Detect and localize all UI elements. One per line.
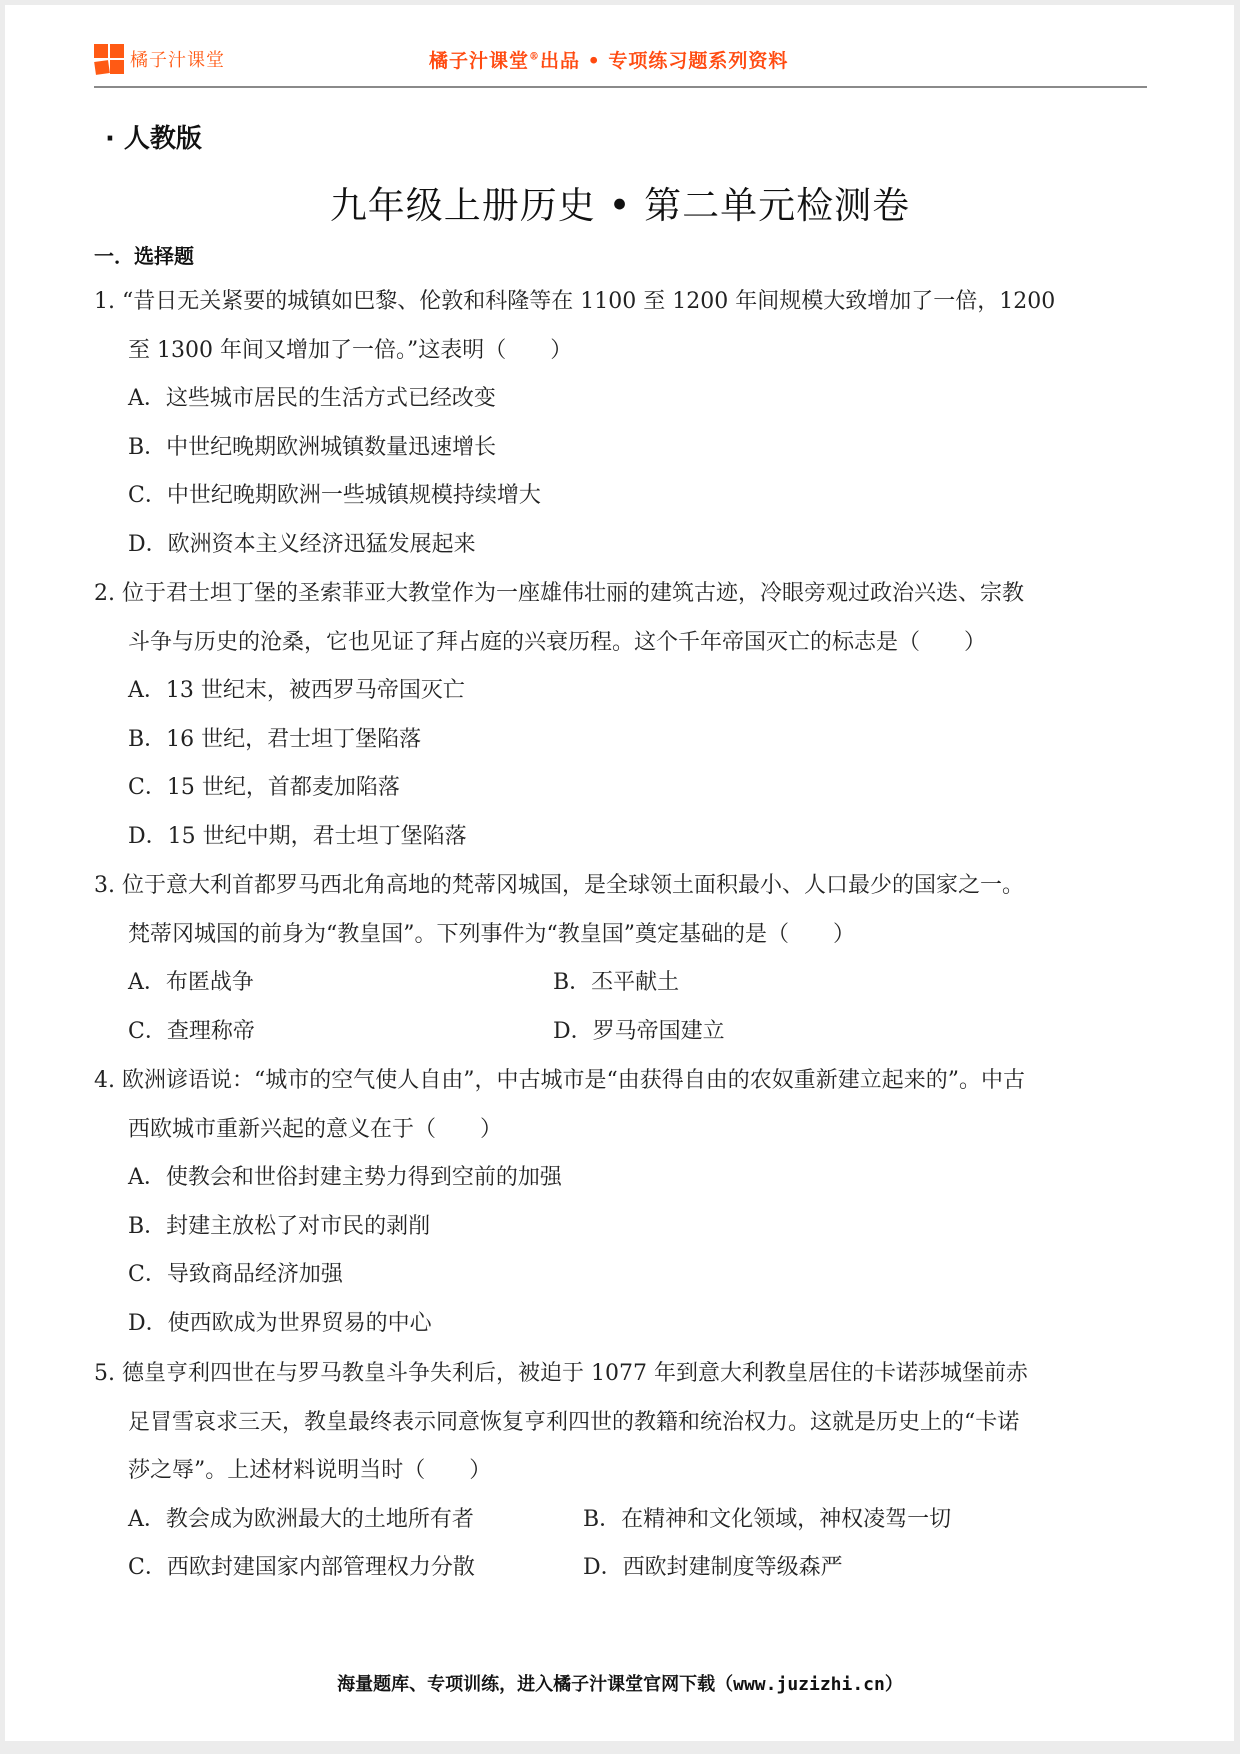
question-4: 4. 欧洲谚语说：“城市的空气使人自由”，中古城市是“由获得自由的农奴重新建立起… (94, 1057, 1154, 1349)
question-stem-continued: 西欧城市重新兴起的意义在于（ ） (94, 1106, 1154, 1155)
question-stem: 2. 位于君士坦丁堡的圣索菲亚大教堂作为一座雄伟壮丽的建筑古迹，冷眼旁观过政治兴… (94, 570, 1154, 619)
option-a[interactable]: A．使教会和世俗封建主势力得到空前的加强 (94, 1154, 1154, 1203)
question-stem-continued: 足冒雪哀求三天，教皇最终表示同意恢复亨利四世的教籍和统治权力。这就是历史上的“卡… (94, 1399, 1154, 1448)
option-a[interactable]: A．布匿战争 (128, 959, 553, 1008)
question-stem: 4. 欧洲谚语说：“城市的空气使人自由”，中古城市是“由获得自由的农奴重新建立起… (94, 1057, 1154, 1106)
options-row-1: A．教会成为欧洲最大的土地所有者 B．在精神和文化领域，神权凌驾一切 (94, 1496, 1154, 1545)
edition-label: · 人教版 (105, 118, 202, 155)
brand-name: 橘子汁课堂 (130, 46, 225, 72)
option-d[interactable]: D．欧洲资本主义经济迅猛发展起来 (94, 521, 1154, 570)
question-stem: 1. “昔日无关紧要的城镇如巴黎、伦敦和科隆等在 1100 至 1200 年间规… (94, 278, 1154, 327)
question-1: 1. “昔日无关紧要的城镇如巴黎、伦敦和科隆等在 1100 至 1200 年间规… (94, 278, 1154, 570)
question-5: 5. 德皇亨利四世在与罗马教皇斗争失利后，被迫于 1077 年到意大利教皇居住的… (94, 1350, 1154, 1593)
option-d[interactable]: D．罗马帝国建立 (553, 1008, 725, 1057)
question-stem-continued: 莎之辱”。上述材料说明当时（ ） (94, 1447, 1154, 1496)
option-d[interactable]: D．15 世纪中期，君士坦丁堡陷落 (94, 813, 1154, 862)
page-header: 橘子汁课堂 橘子汁课堂®出品 • 专项练习题系列资料 (94, 38, 1147, 88)
question-stem-continued: 至 1300 年间又增加了一倍。”这表明（ ） (94, 327, 1154, 376)
question-2: 2. 位于君士坦丁堡的圣索菲亚大教堂作为一座雄伟壮丽的建筑古迹，冷眼旁观过政治兴… (94, 570, 1154, 862)
option-b[interactable]: B．在精神和文化领域，神权凌驾一切 (583, 1496, 951, 1545)
option-b[interactable]: B．中世纪晚期欧洲城镇数量迅速增长 (94, 424, 1154, 473)
option-c[interactable]: C．查理称帝 (128, 1008, 553, 1057)
option-a[interactable]: A．这些城市居民的生活方式已经改变 (94, 375, 1154, 424)
option-a[interactable]: A．13 世纪末，被西罗马帝国灭亡 (94, 667, 1154, 716)
question-stem: 3. 位于意大利首都罗马西北角高地的梵蒂冈城国，是全球领土面积最小、人口最少的国… (94, 862, 1154, 911)
option-b[interactable]: B．丕平献土 (553, 959, 679, 1008)
page-footer: 海量题库、专项训练，进入橘子汁课堂官网下载（www.juzizhi.cn） (0, 1670, 1240, 1696)
logo-icon (94, 44, 128, 76)
question-stem-continued: 斗争与历史的沧桑，它也见证了拜占庭的兴衰历程。这个千年帝国灭亡的标志是（ ） (94, 619, 1154, 668)
option-b[interactable]: B．封建主放松了对市民的剥削 (94, 1203, 1154, 1252)
option-c[interactable]: C．15 世纪，首都麦加陷落 (94, 764, 1154, 813)
option-c[interactable]: C．西欧封建国家内部管理权力分散 (128, 1544, 583, 1593)
option-c[interactable]: C．中世纪晚期欧洲一些城镇规模持续增大 (94, 472, 1154, 521)
option-d[interactable]: D．使西欧成为世界贸易的中心 (94, 1300, 1154, 1349)
options-row-2: C．西欧封建国家内部管理权力分散 D．西欧封建制度等级森严 (94, 1544, 1154, 1593)
section-heading: 一．选择题 (94, 240, 194, 269)
option-a[interactable]: A．教会成为欧洲最大的土地所有者 (128, 1496, 583, 1545)
question-3: 3. 位于意大利首都罗马西北角高地的梵蒂冈城国，是全球领土面积最小、人口最少的国… (94, 862, 1154, 1056)
page-title: 九年级上册历史 • 第二单元检测卷 (0, 175, 1240, 229)
option-c[interactable]: C．导致商品经济加强 (94, 1251, 1154, 1300)
question-stem: 5. 德皇亨利四世在与罗马教皇斗争失利后，被迫于 1077 年到意大利教皇居住的… (94, 1350, 1154, 1399)
options-row-2: C．查理称帝 D．罗马帝国建立 (94, 1008, 1154, 1057)
option-d[interactable]: D．西欧封建制度等级森严 (583, 1544, 843, 1593)
header-title: 橘子汁课堂®出品 • 专项练习题系列资料 (429, 46, 788, 73)
option-b[interactable]: B．16 世纪，君士坦丁堡陷落 (94, 716, 1154, 765)
options-row-1: A．布匿战争 B．丕平献土 (94, 959, 1154, 1008)
question-stem-continued: 梵蒂冈城国的前身为“教皇国”。下列事件为“教皇国”奠定基础的是（ ） (94, 911, 1154, 960)
